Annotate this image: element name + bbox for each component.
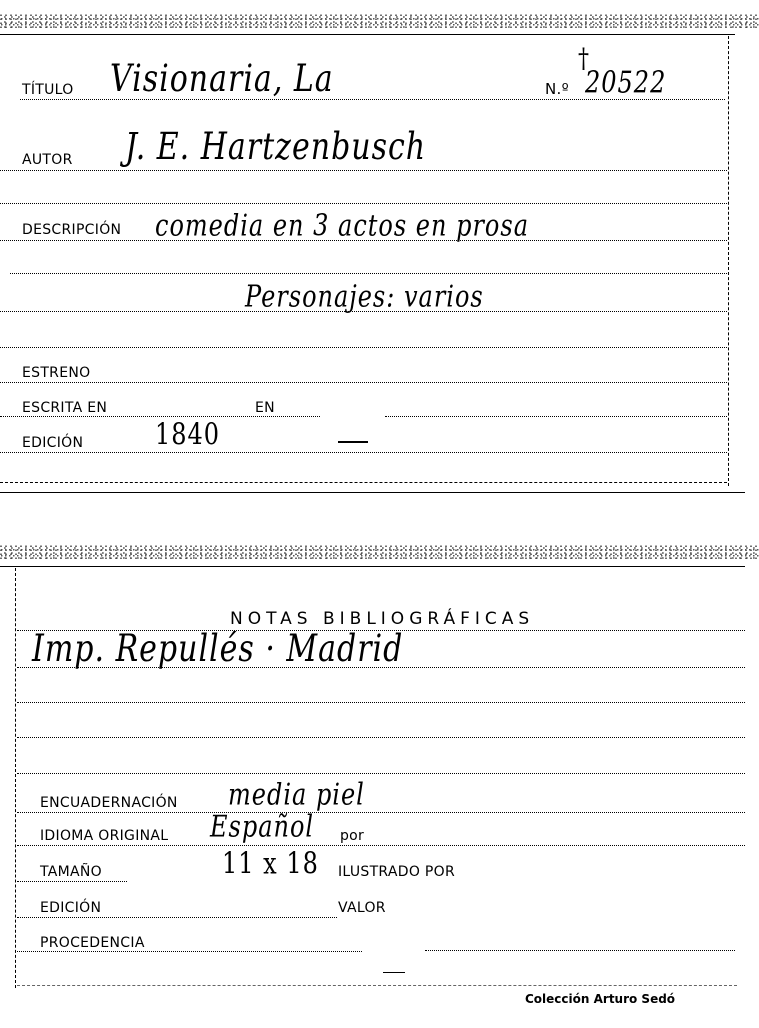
blank-rule: [0, 347, 727, 348]
edicion-mark: [338, 441, 368, 443]
por-label: por: [340, 828, 364, 844]
edicion-value: 1840: [155, 417, 220, 452]
descripcion-value: comedia en 3 actos en prosa: [155, 208, 529, 243]
autor-label: AUTOR: [22, 152, 73, 168]
card-back-left-border: [15, 568, 16, 988]
ilustrado-por-label: ILUSTRADO POR: [338, 864, 455, 880]
encuadernacion-value: media piel: [228, 777, 365, 812]
encuadernacion-rule: [17, 812, 745, 813]
notas-line-1: Imp. Repullés · Madrid: [32, 627, 403, 671]
tamano-value: 11 x 18: [222, 846, 319, 881]
autor-value: J. E. Hartzenbusch: [125, 125, 426, 169]
descripcion-label: DESCRIPCIÓN: [22, 222, 121, 238]
card-front-edge: [0, 492, 745, 493]
en-label: EN: [255, 400, 275, 416]
tamano-rule: [17, 881, 127, 882]
idioma-original-value: Español: [210, 809, 314, 844]
notas-rule-2: [17, 667, 745, 668]
notas-rule-5: [17, 773, 745, 774]
idioma-rule: [17, 845, 745, 846]
tamano-label: TAMAÑO: [40, 864, 102, 880]
notas-heading: NOTAS BIBLIOGRÁFICAS: [230, 609, 534, 629]
idioma-original-label: IDIOMA ORIGINAL: [40, 828, 168, 844]
procedencia-rule: [17, 951, 362, 952]
scan-noise-bottom: [0, 545, 759, 559]
en-rule: [385, 416, 727, 417]
descripcion-rule-2: [10, 273, 727, 274]
edicion-label: EDICIÓN: [22, 435, 83, 451]
edicion-rule: [0, 452, 727, 453]
procedencia-label: PROCEDENCIA: [40, 935, 145, 951]
encuadernacion-label: ENCUADERNACIÓN: [40, 795, 178, 811]
procedencia-rule-2: [425, 950, 735, 951]
collection-footer: Colección Arturo Sedó: [525, 992, 675, 1006]
edicion-back-rule: [17, 917, 337, 918]
edicion-back-label: EDICIÓN: [40, 900, 101, 916]
notas-rule-3: [17, 702, 745, 703]
titulo-value: Visionaria, La: [110, 57, 334, 101]
valor-label: VALOR: [338, 900, 386, 916]
escrita-en-label: ESCRITA EN: [22, 400, 107, 416]
numero-label: N.º: [545, 80, 569, 98]
card-front-top-border: [0, 34, 735, 35]
descripcion-rule: [0, 240, 727, 241]
descripcion-rule-3: [0, 311, 727, 312]
stray-mark: [383, 972, 405, 973]
card-front-right-border: [728, 36, 729, 486]
numero-value: 20522: [585, 65, 666, 100]
titulo-rule: [20, 99, 725, 100]
descripcion-top-rule: [0, 203, 727, 204]
estreno-label: ESTRENO: [22, 365, 90, 381]
notas-rule-4: [17, 737, 745, 738]
titulo-label: TÍTULO: [22, 82, 74, 98]
autor-rule: [0, 170, 727, 171]
card-back-bottom-rule: [17, 985, 737, 986]
card-back-top-border: [0, 566, 745, 567]
estreno-rule: [0, 382, 727, 383]
descripcion-value-line2: Personajes: varios: [245, 279, 484, 314]
scan-noise-top: [0, 14, 759, 28]
card-front-bottom-rule: [0, 482, 727, 483]
